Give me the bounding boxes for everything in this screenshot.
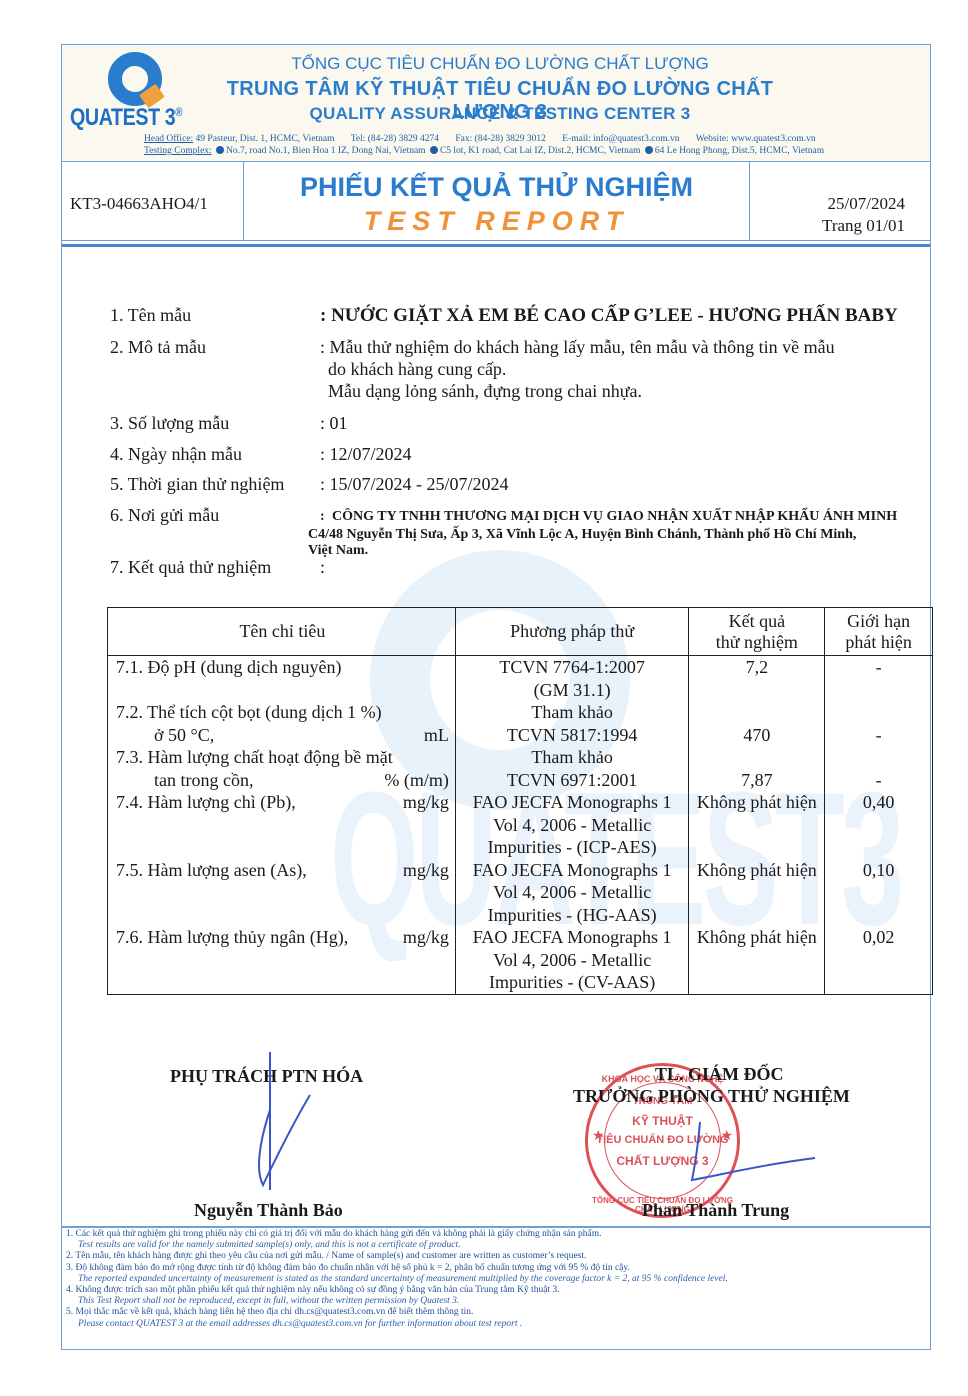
limit-value: 0,10 bbox=[825, 859, 932, 882]
head-office-label: Head Office: bbox=[144, 134, 193, 144]
location-pin-icon bbox=[645, 146, 653, 154]
method-line: TCVN 6971:2001 bbox=[456, 769, 689, 792]
table-row: 7.4. Hàm lượng chì (Pb),mg/kgFAO JECFA M… bbox=[108, 791, 933, 859]
cell-limit: - bbox=[825, 746, 933, 791]
cell-method: FAO JECFA Monographs 1Vol 4, 2006 - Meta… bbox=[455, 926, 689, 994]
location-pin-icon bbox=[216, 146, 224, 154]
testing-complex-label: Testing Complex: bbox=[144, 146, 212, 156]
unit: mL bbox=[424, 724, 449, 747]
method-line: (GM 31.1) bbox=[456, 679, 689, 702]
org-name-en: QUALITY ASSURANCE & TESTING CENTER 3 bbox=[200, 104, 800, 124]
cell-indicator: 7.1. Độ pH (dung dịch nguyên) bbox=[108, 656, 456, 702]
info-label: 6. Nơi gửi mẫu bbox=[110, 505, 219, 526]
cell-limit: 0,02 bbox=[825, 926, 933, 994]
info-label: 5. Thời gian thử nghiệm bbox=[110, 474, 284, 495]
report-title-vn: PHIẾU KẾT QUẢ THỬ NGHIỆM bbox=[244, 172, 749, 203]
star-icon: ★ bbox=[592, 1128, 605, 1145]
method-line: Impurities - (ICP-AES) bbox=[456, 836, 689, 859]
note-vn: 3. Độ không đảm bảo đo mở rộng được tính… bbox=[66, 1263, 926, 1274]
method-line: TCVN 5817:1994 bbox=[456, 724, 689, 747]
method-line: Tham khảo bbox=[456, 701, 689, 724]
results-body: 7.1. Độ pH (dung dịch nguyên)TCVN 7764-1… bbox=[108, 656, 933, 995]
cell-limit: 0,40 bbox=[825, 791, 933, 859]
page-number: Trang 01/01 bbox=[750, 216, 925, 236]
logo-text: QUATEST 3 bbox=[70, 104, 175, 131]
report-title-en: TEST REPORT bbox=[244, 206, 749, 237]
method-line: Vol 4, 2006 - Metallic bbox=[456, 814, 689, 837]
head-office-address: 49 Pasteur, Dist. 1, HCMC, Vietnam bbox=[196, 134, 335, 144]
method-line: Impurities - (CV-AAS) bbox=[456, 971, 689, 994]
info-label: 2. Mô tả mẫu bbox=[110, 336, 206, 359]
cell-result: Không phát hiện bbox=[689, 926, 825, 994]
tel: Tel: (84-28) 3829 4274 bbox=[351, 134, 439, 144]
method-line: Vol 4, 2006 - Metallic bbox=[456, 949, 689, 972]
cell-result: Không phát hiện bbox=[689, 859, 825, 927]
limit-value: - bbox=[825, 769, 932, 792]
note-vn: 2. Tên mẫu, tên khách hàng được ghi theo… bbox=[66, 1251, 926, 1262]
signature-right-icon bbox=[680, 1120, 820, 1190]
limit-value: 0,02 bbox=[825, 926, 932, 949]
note-en: The reported expanded uncertainty of mea… bbox=[66, 1274, 926, 1285]
header-result: Kết quảthử nghiệm bbox=[689, 608, 825, 656]
note-en: This Test Report shall not be reproduced… bbox=[66, 1296, 926, 1307]
head-office-line: Head Office: 49 Pasteur, Dist. 1, HCMC, … bbox=[144, 134, 816, 144]
fax: Fax: (84-28) 3829 3012 bbox=[455, 134, 546, 144]
website[interactable]: Website: www.quatest3.com.vn bbox=[696, 134, 816, 144]
cell-indicator: 7.3. Hàm lượng chất hoạt động bề mặttan … bbox=[108, 746, 456, 791]
result-value: Không phát hiện bbox=[689, 791, 824, 814]
indicator-name-cont: tan trong cồn, bbox=[154, 769, 253, 792]
cell-indicator: 7.4. Hàm lượng chì (Pb),mg/kg bbox=[108, 791, 456, 859]
cell-limit: - bbox=[825, 701, 933, 746]
cell-method: TCVN 7764-1:2007(GM 31.1) bbox=[455, 656, 689, 702]
method-line: Impurities - (HG-AAS) bbox=[456, 904, 689, 927]
results-colon: : bbox=[320, 557, 325, 578]
limit-value: - bbox=[825, 656, 932, 679]
testing-complex-2: C5 lot, K1 road, Cat Lai IZ, Dist.2, HCM… bbox=[440, 146, 641, 156]
table-row: 7.1. Độ pH (dung dịch nguyên)TCVN 7764-1… bbox=[108, 656, 933, 702]
sender-address: Việt Nam. bbox=[308, 542, 368, 560]
received-date: : 12/07/2024 bbox=[320, 444, 412, 465]
note-en: Please contact QUATEST 3 at the email ad… bbox=[66, 1319, 926, 1330]
note-vn: 5. Mọi thắc mắc về kết quả, khách hàng l… bbox=[66, 1307, 926, 1318]
unit: mg/kg bbox=[403, 926, 449, 949]
divider bbox=[62, 1226, 930, 1228]
right-signer-title-2: TRƯỞNG PHÒNG THỬ NGHIỆM bbox=[573, 1086, 850, 1107]
cell-result: 470 bbox=[689, 701, 825, 746]
right-signer-title-1: TL. GIÁM ĐỐC bbox=[655, 1064, 784, 1085]
testing-complex-line: Testing Complex: No.7, road No.1, Bien H… bbox=[144, 146, 824, 156]
sample-name: : NƯỚC GIẶT XẢ EM BÉ CAO CẤP G’LEE - HƯƠ… bbox=[320, 305, 898, 327]
method-line: FAO JECFA Monographs 1 bbox=[456, 926, 689, 949]
table-row: 7.5. Hàm lượng asen (As),mg/kgFAO JECFA … bbox=[108, 859, 933, 927]
description-line: : Mẫu thử nghiệm do khách hàng lấy mẫu, … bbox=[320, 336, 835, 359]
table-row: 7.6. Hàm lượng thủy ngân (Hg),mg/kgFAO J… bbox=[108, 926, 933, 994]
indicator-name: 7.2. Thể tích cột bọt (dung dịch 1 %) bbox=[116, 701, 382, 724]
result-value: 470 bbox=[689, 724, 824, 747]
testing-complex-1: No.7, road No.1, Bien Hoa 1 IZ, Dong Nai… bbox=[226, 146, 426, 156]
table-header-row: Tên chỉ tiêu Phương pháp thử Kết quảthử … bbox=[108, 608, 933, 656]
cell-result: Không phát hiện bbox=[689, 791, 825, 859]
note-vn: 1. Các kết quả thử nghiệm ghi trong phiế… bbox=[66, 1229, 926, 1240]
description-line: do khách hàng cung cấp. bbox=[328, 358, 506, 381]
method-line: TCVN 7764-1:2007 bbox=[456, 656, 689, 679]
indicator-name: 7.3. Hàm lượng chất hoạt động bề mặt bbox=[116, 746, 393, 769]
header-method: Phương pháp thử bbox=[455, 608, 689, 656]
signature-left-icon bbox=[225, 1050, 325, 1200]
result-value: Không phát hiện bbox=[689, 926, 824, 949]
info-label: 4. Ngày nhận mẫu bbox=[110, 444, 242, 465]
description-line: Mẫu dạng lỏng sánh, đựng trong chai nhựa… bbox=[328, 380, 642, 403]
parent-org-name: TỔNG CỤC TIÊU CHUẨN ĐO LƯỜNG CHẤT LƯỢNG bbox=[200, 54, 800, 74]
cell-indicator: 7.5. Hàm lượng asen (As),mg/kg bbox=[108, 859, 456, 927]
unit: mg/kg bbox=[403, 791, 449, 814]
limit-value: - bbox=[825, 724, 932, 747]
note-vn: 4. Không được trích sao một phần phiếu k… bbox=[66, 1285, 926, 1296]
footer-notes: 1. Các kết quả thử nghiệm ghi trong phiế… bbox=[66, 1229, 926, 1330]
quantity-value: : 01 bbox=[320, 413, 348, 434]
result-value: 7,2 bbox=[689, 656, 824, 679]
info-label: 3. Số lượng mẫu bbox=[110, 413, 229, 434]
indicator-name: 7.4. Hàm lượng chì (Pb), bbox=[116, 791, 296, 814]
method-line: Vol 4, 2006 - Metallic bbox=[456, 881, 689, 904]
indicator-name-cont: ở 50 °C, bbox=[154, 724, 214, 747]
email[interactable]: E-mail: info@quatest3.com.vn bbox=[562, 134, 679, 144]
cell-indicator: 7.2. Thể tích cột bọt (dung dịch 1 %)ở 5… bbox=[108, 701, 456, 746]
method-line: FAO JECFA Monographs 1 bbox=[456, 859, 689, 882]
right-signer-name: Phan Thành Trung bbox=[642, 1200, 789, 1221]
result-value: 7,87 bbox=[689, 769, 824, 792]
sender-colon: : bbox=[320, 508, 325, 526]
header-indicator: Tên chỉ tiêu bbox=[108, 608, 456, 656]
location-pin-icon bbox=[430, 146, 438, 154]
left-signer-name: Nguyễn Thành Bảo bbox=[194, 1200, 343, 1221]
unit: mg/kg bbox=[403, 859, 449, 882]
cell-limit: 0,10 bbox=[825, 859, 933, 927]
note-en: Test results are valid for the namely su… bbox=[66, 1240, 926, 1251]
cell-limit: - bbox=[825, 656, 933, 702]
header-limit: Giới hạnphát hiện bbox=[825, 608, 933, 656]
indicator-name: 7.6. Hàm lượng thủy ngân (Hg), bbox=[116, 926, 348, 949]
divider bbox=[62, 244, 930, 247]
table-row: 7.3. Hàm lượng chất hoạt động bề mặttan … bbox=[108, 746, 933, 791]
cell-indicator: 7.6. Hàm lượng thủy ngân (Hg),mg/kg bbox=[108, 926, 456, 994]
cell-method: Tham khảoTCVN 5817:1994 bbox=[455, 701, 689, 746]
info-label: 7. Kết quả thử nghiệm bbox=[110, 557, 271, 578]
report-code: KT3-04663AHO4/1 bbox=[70, 194, 208, 214]
sender-address: C4/48 Nguyễn Thị Sưa, Ấp 3, Xã Vĩnh Lộc … bbox=[308, 526, 856, 544]
cell-result: 7,2 bbox=[689, 656, 825, 702]
cell-method: FAO JECFA Monographs 1Vol 4, 2006 - Meta… bbox=[455, 859, 689, 927]
limit-value: 0,40 bbox=[825, 791, 932, 814]
indicator-name: 7.1. Độ pH (dung dịch nguyên) bbox=[116, 656, 341, 679]
method-line: Tham khảo bbox=[456, 746, 689, 769]
cell-method: FAO JECFA Monographs 1Vol 4, 2006 - Meta… bbox=[455, 791, 689, 859]
cell-method: Tham khảoTCVN 6971:2001 bbox=[455, 746, 689, 791]
info-label: 1. Tên mẫu bbox=[110, 305, 191, 326]
quatest-logo: QUATEST 3® bbox=[70, 50, 210, 136]
result-value: Không phát hiện bbox=[689, 859, 824, 882]
testing-complex-3: 64 Le Hong Phong, Dist.5, HCMC, Vietnam bbox=[655, 146, 824, 156]
method-line: FAO JECFA Monographs 1 bbox=[456, 791, 689, 814]
test-period: : 15/07/2024 - 25/07/2024 bbox=[320, 474, 509, 495]
title-row: KT3-04663AHO4/1 PHIẾU KẾT QUẢ THỬ NGHIỆM… bbox=[62, 161, 930, 241]
cell-result: 7,87 bbox=[689, 746, 825, 791]
registered-mark: ® bbox=[175, 105, 182, 119]
unit: % (m/m) bbox=[384, 769, 449, 792]
table-row: 7.2. Thể tích cột bọt (dung dịch 1 %)ở 5… bbox=[108, 701, 933, 746]
sender-name: CÔNG TY TNHH THƯƠNG MẠI DỊCH VỤ GIAO NHẬ… bbox=[332, 508, 897, 526]
report-date: 25/07/2024 bbox=[750, 194, 925, 214]
indicator-name: 7.5. Hàm lượng asen (As), bbox=[116, 859, 307, 882]
results-table: Tên chỉ tiêu Phương pháp thử Kết quảthử … bbox=[107, 607, 933, 995]
